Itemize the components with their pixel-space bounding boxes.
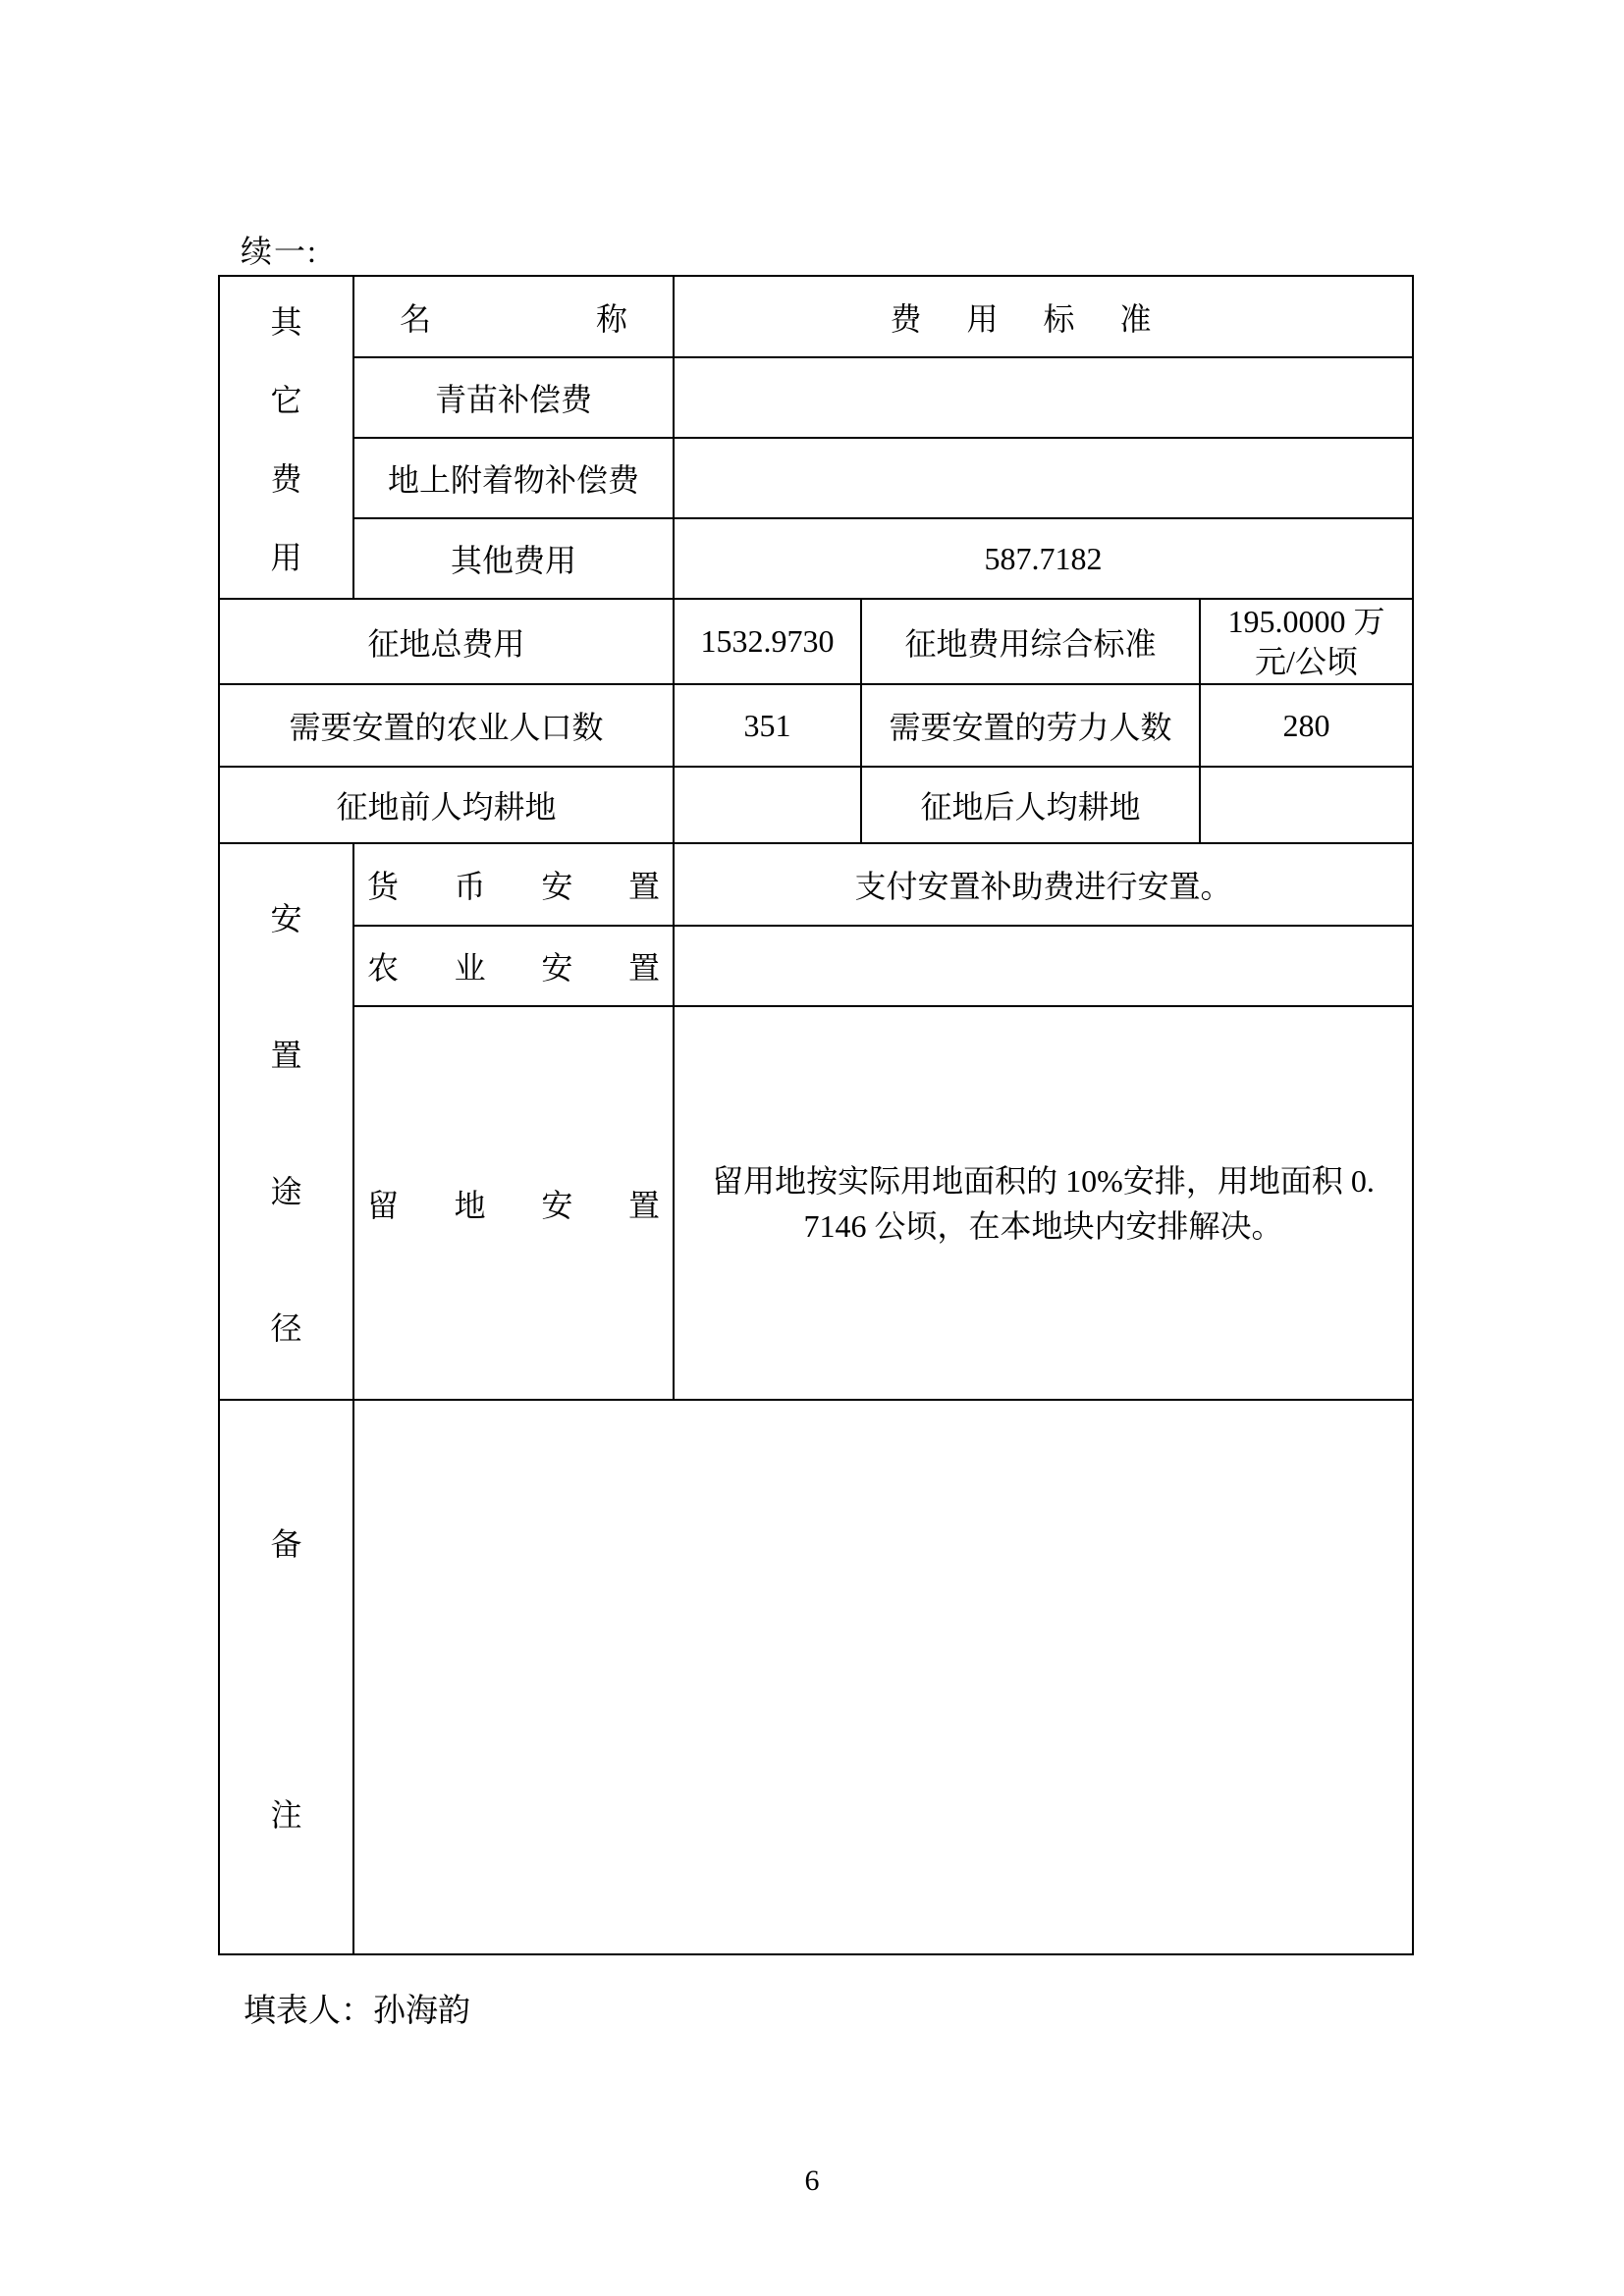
table-row: 需要安置的农业人口数 351 需要安置的劳力人数 280 [219,684,1413,767]
total-fee-label-cell: 征地总费用 [219,599,674,684]
total-fee-value-cell: 1532.9730 [674,599,861,684]
comprehensive-standard-label-cell: 征地费用综合标准 [861,599,1200,684]
farmland-after-value-cell [1200,767,1413,843]
page-number: 6 [0,2164,1624,2198]
name-header-label: 名称 [354,294,673,340]
land-resettlement-line2: 7146 公顷，在本地块内安排解决。 [675,1203,1412,1249]
resettlement-group-label: 安置途径 [220,849,352,1395]
table-row: 留地安置 留用地按实际用地面积的 10%安排，用地面积 0. 7146 公顷，在… [219,1006,1413,1400]
attachments-value-cell [674,438,1413,518]
agricultural-resettlement-label: 农业安置 [354,943,673,988]
remarks-value-cell [353,1400,1413,1954]
remarks-group-cell: 备注 [219,1400,353,1954]
fee-standard-header-cell: 费用标准 [674,276,1413,357]
name-header-cell: 名称 [353,276,674,357]
table-row: 征地总费用 1532.9730 征地费用综合标准 195.0000 万 元/公顷 [219,599,1413,684]
agricultural-resettlement-label-cell: 农业安置 [353,926,674,1006]
table-row: 其他费用 587.7182 [219,518,1413,599]
monetary-resettlement-value-cell: 支付安置补助费进行安置。 [674,843,1413,926]
monetary-resettlement-label: 货币安置 [354,862,673,907]
table-row: 青苗补偿费 [219,357,1413,438]
labor-count-label-cell: 需要安置的劳力人数 [861,684,1200,767]
remarks-group-label: 备注 [220,1407,352,1949]
comprehensive-standard-line2: 元/公顷 [1201,642,1412,682]
table-row: 农业安置 [219,926,1413,1006]
labor-count-value-cell: 280 [1200,684,1413,767]
agri-population-label-cell: 需要安置的农业人口数 [219,684,674,767]
continuation-label: 续一: [241,227,318,272]
agri-population-value-cell: 351 [674,684,861,767]
monetary-resettlement-label-cell: 货币安置 [353,843,674,926]
farmland-before-label-cell: 征地前人均耕地 [219,767,674,843]
table-row: 备注 [219,1400,1413,1954]
land-resettlement-label: 留地安置 [354,1181,673,1226]
document-page: 续一: 其它费用 名称 费用标准 青苗补偿费 地上附着物补偿费 其他费用 [0,0,1624,2296]
other-fees-group-cell: 其它费用 [219,276,353,599]
table-row: 其它费用 名称 费用标准 [219,276,1413,357]
attachments-label-cell: 地上附着物补偿费 [353,438,674,518]
preparer-line: 填表人：孙海韵 [244,1985,470,2031]
green-seedling-label-cell: 青苗补偿费 [353,357,674,438]
land-resettlement-label-cell: 留地安置 [353,1006,674,1400]
table-row: 地上附着物补偿费 [219,438,1413,518]
agricultural-resettlement-value-cell [674,926,1413,1006]
table-row: 安置途径 货币安置 支付安置补助费进行安置。 [219,843,1413,926]
other-fee-value-cell: 587.7182 [674,518,1413,599]
land-expropriation-fee-table: 其它费用 名称 费用标准 青苗补偿费 地上附着物补偿费 其他费用 587.718… [218,275,1414,1955]
farmland-before-value-cell [674,767,861,843]
comprehensive-standard-line1: 195.0000 万 [1201,602,1412,642]
land-resettlement-value-cell: 留用地按实际用地面积的 10%安排，用地面积 0. 7146 公顷，在本地块内安… [674,1006,1413,1400]
other-fee-label-cell: 其他费用 [353,518,674,599]
resettlement-group-cell: 安置途径 [219,843,353,1400]
other-fees-group-label: 其它费用 [220,281,352,595]
farmland-after-label-cell: 征地后人均耕地 [861,767,1200,843]
comprehensive-standard-value-cell: 195.0000 万 元/公顷 [1200,599,1413,684]
green-seedling-value-cell [674,357,1413,438]
table-row: 征地前人均耕地 征地后人均耕地 [219,767,1413,843]
land-resettlement-line1: 留用地按实际用地面积的 10%安排，用地面积 0. [675,1158,1412,1203]
